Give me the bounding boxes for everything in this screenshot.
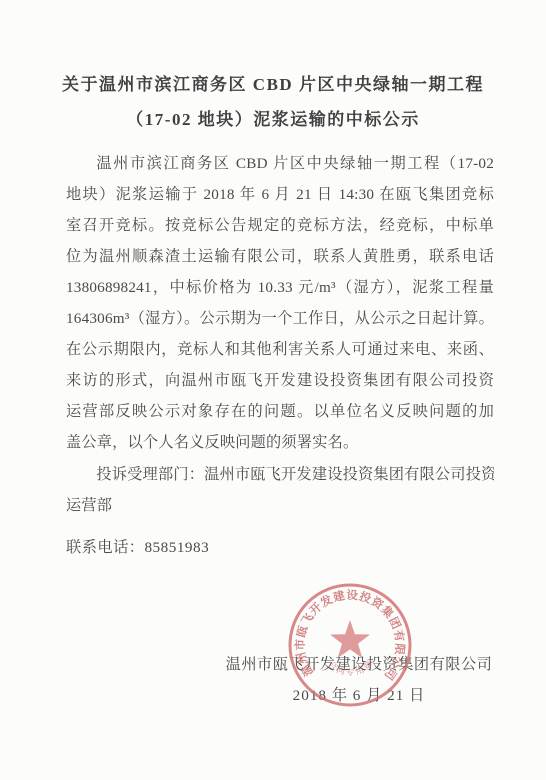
contact-phone-line: 联系电话：85851983 [66, 536, 209, 557]
text-line: 运营部反映公示对象存在的问题。以单位名义反映问题的加 [66, 396, 494, 427]
text-line: 在公示期限内，竞标人和其他利害关系人可通过来电、来函、 [66, 334, 494, 365]
body-paragraph: 温州市滨江商务区 CBD 片区中央绿轴一期工程（17-02地块）泥浆运输于 20… [66, 148, 494, 458]
text-line: 地块）泥浆运输于 2018 年 6 月 21 日 14:30 在瓯飞集团竞标 [66, 179, 494, 210]
text-line: 13806898241，中标价格为 10.33 元/m³（湿方），泥浆工程量 [66, 272, 494, 303]
document-title-line2: （17-02 地块）泥浆运输的中标公示 [40, 105, 506, 130]
text-line: 投诉受理部门：温州市瓯飞开发建设投资集团有限公司投资 [66, 459, 494, 490]
document-title-line1: 关于温州市滨江商务区 CBD 片区中央绿轴一期工程 [40, 70, 506, 95]
text-line: 盖公章，以个人名义反映问题的须署实名。 [66, 427, 494, 458]
text-line: 温州市滨江商务区 CBD 片区中央绿轴一期工程（17-02 [66, 148, 494, 179]
scanned-notice-page: 关于温州市滨江商务区 CBD 片区中央绿轴一期工程 （17-02 地块）泥浆运输… [0, 0, 546, 780]
text-line: 运营部 [66, 490, 494, 521]
complaint-department-paragraph: 投诉受理部门：温州市瓯飞开发建设投资集团有限公司投资运营部 [66, 459, 494, 521]
text-line: 室召开竞标。按竞标公告规定的竞标方法，经竞标，中标单 [66, 210, 494, 241]
signature-date: 2018 年 6 月 21 日 [224, 684, 494, 705]
text-line: 位为温州顺森渣土运输有限公司，联系人黄胜勇，联系电话 [66, 241, 494, 272]
signature-company-name: 温州市瓯飞开发建设投资集团有限公司 [224, 653, 494, 674]
text-line: 来访的形式，向温州市瓯飞开发建设投资集团有限公司投资 [66, 365, 494, 396]
text-line: 164306m³（湿方）。公示期为一个工作日，从公示之日起计算。 [66, 303, 494, 334]
